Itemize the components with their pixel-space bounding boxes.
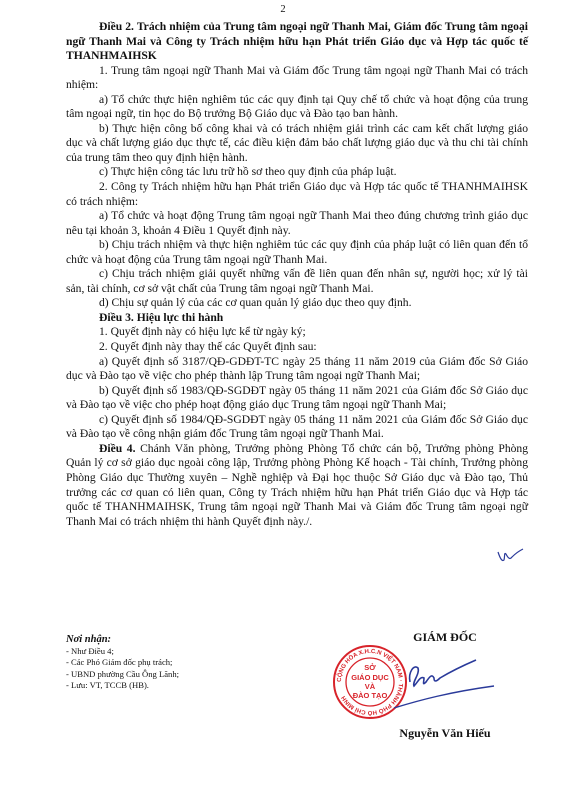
document-body: Điều 2. Trách nhiệm của Trung tâm ngoại … <box>66 20 528 529</box>
svg-text:SỞ: SỞ <box>364 663 376 672</box>
svg-text:ĐÀO TẠO: ĐÀO TẠO <box>353 691 388 700</box>
handwritten-signature-icon <box>390 652 510 712</box>
article-3-clause-2b: b) Quyết định số 1983/QĐ-SGDĐT ngày 05 t… <box>66 384 528 413</box>
article-2-clause-2a: a) Tổ chức và hoạt động Trung tâm ngoại … <box>66 209 528 238</box>
recipient-item: - Các Phó Giám đốc phụ trách; <box>66 657 286 668</box>
page-number: 2 <box>0 4 566 15</box>
article-2-clause-1b: b) Thực hiện công bố công khai và có trá… <box>66 122 528 166</box>
article-4: Điều 4. Chánh Văn phòng, Trưởng phòng Ph… <box>66 442 528 529</box>
article-3-clause-2: 2. Quyết định này thay thế các Quyết địn… <box>66 340 528 355</box>
svg-text:GIÁO DỤC: GIÁO DỤC <box>351 673 389 682</box>
signer-title: GIÁM ĐỐC <box>370 630 520 645</box>
article-2-heading: Điều 2. Trách nhiệm của Trung tâm ngoại … <box>66 20 528 64</box>
signature-block: GIÁM ĐỐC CỘNG HÒA X.H.C.N VIỆT NAM · THÀ… <box>330 630 530 750</box>
article-2-clause-1: 1. Trung tâm ngoại ngữ Thanh Mai và Giám… <box>66 64 528 93</box>
signer-name: Nguyễn Văn Hiếu <box>370 726 520 741</box>
article-2-clause-2d: d) Chịu sự quản lý của các cơ quan quản … <box>66 296 528 311</box>
recipient-item: - UBND phường Cầu Ông Lãnh; <box>66 669 286 680</box>
article-2-clause-2b: b) Chịu trách nhiệm và thực hiện nghiêm … <box>66 238 528 267</box>
recipients-title: Nơi nhận: <box>66 633 286 646</box>
article-3-heading: Điều 3. Hiệu lực thi hành <box>66 311 528 326</box>
article-2-clause-1a: a) Tổ chức thực hiện nghiêm túc các quy … <box>66 93 528 122</box>
article-3-clause-2c: c) Quyết định số 1984/QĐ-SGDĐT ngày 05 t… <box>66 413 528 442</box>
initial-mark-icon <box>496 548 524 566</box>
article-2-clause-2c: c) Chịu trách nhiệm giải quyết những vấn… <box>66 267 528 296</box>
article-3-clause-2a: a) Quyết định số 3187/QĐ-GDĐT-TC ngày 25… <box>66 355 528 384</box>
article-2-clause-1c: c) Thực hiện công tác lưu trữ hồ sơ theo… <box>66 165 528 180</box>
recipient-item: - Như Điều 4; <box>66 646 286 657</box>
svg-text:VÀ: VÀ <box>365 682 376 691</box>
recipients-block: Nơi nhận: - Như Điều 4; - Các Phó Giám đ… <box>66 633 286 692</box>
article-3-clause-1: 1. Quyết định này có hiệu lực kể từ ngày… <box>66 325 528 340</box>
recipient-item: - Lưu: VT, TCCB (HB). <box>66 680 286 691</box>
article-2-clause-2: 2. Công ty Trách nhiệm hữu hạn Phát triể… <box>66 180 528 209</box>
